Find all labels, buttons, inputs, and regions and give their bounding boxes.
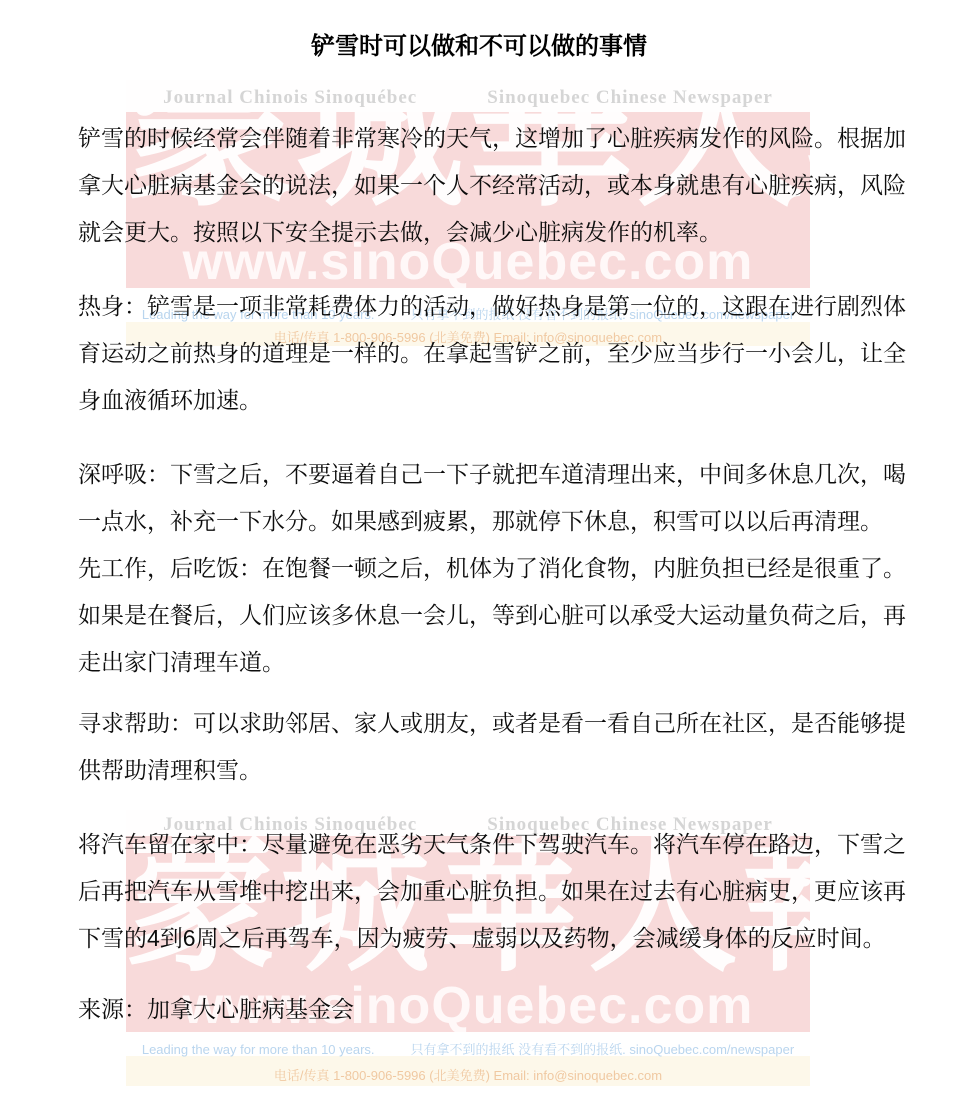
paragraph-intro: 铲雪的时候经常会伴随着非常寒冷的天气，这增加了心脏疾病发作的风险。根据加拿大心脏… (78, 115, 906, 256)
paragraph-source: 来源：加拿大心脏病基金会 (78, 986, 906, 1033)
page-title: 铲雪时可以做和不可以做的事情 (0, 30, 958, 64)
article-page: Journal Chinois Sinoquébec Sinoquebec Ch… (0, 0, 958, 1113)
paragraph-warmup: 热身：铲雪是一项非常耗费体力的活动，做好热身是第一位的，这跟在进行剧烈体育运动之… (78, 283, 906, 424)
paragraph-leave-car: 将汽车留在家中：尽量避免在恶劣天气条件下驾驶汽车。将汽车停在路边，下雪之后再把汽… (78, 821, 906, 962)
paragraph-work-first: 先工作，后吃饭：在饱餐一顿之后，机体为了消化食物，内脏负担已经是很重了。如果是在… (78, 545, 906, 686)
paragraph-seek-help: 寻求帮助：可以求助邻居、家人或朋友，或者是看一看自己所在社区，是否能够提供帮助清… (78, 700, 906, 794)
article-body: 铲雪的时候经常会伴随着非常寒冷的天气，这增加了心脏疾病发作的风险。根据加拿大心脏… (78, 115, 906, 1033)
paragraph-breathe: 深呼吸：下雪之后，不要逼着自己一下子就把车道清理出来，中间多休息几次，喝一点水，… (78, 451, 906, 545)
article-content: 铲雪时可以做和不可以做的事情 铲雪的时候经常会伴随着非常寒冷的天气，这增加了心脏… (0, 0, 958, 1113)
